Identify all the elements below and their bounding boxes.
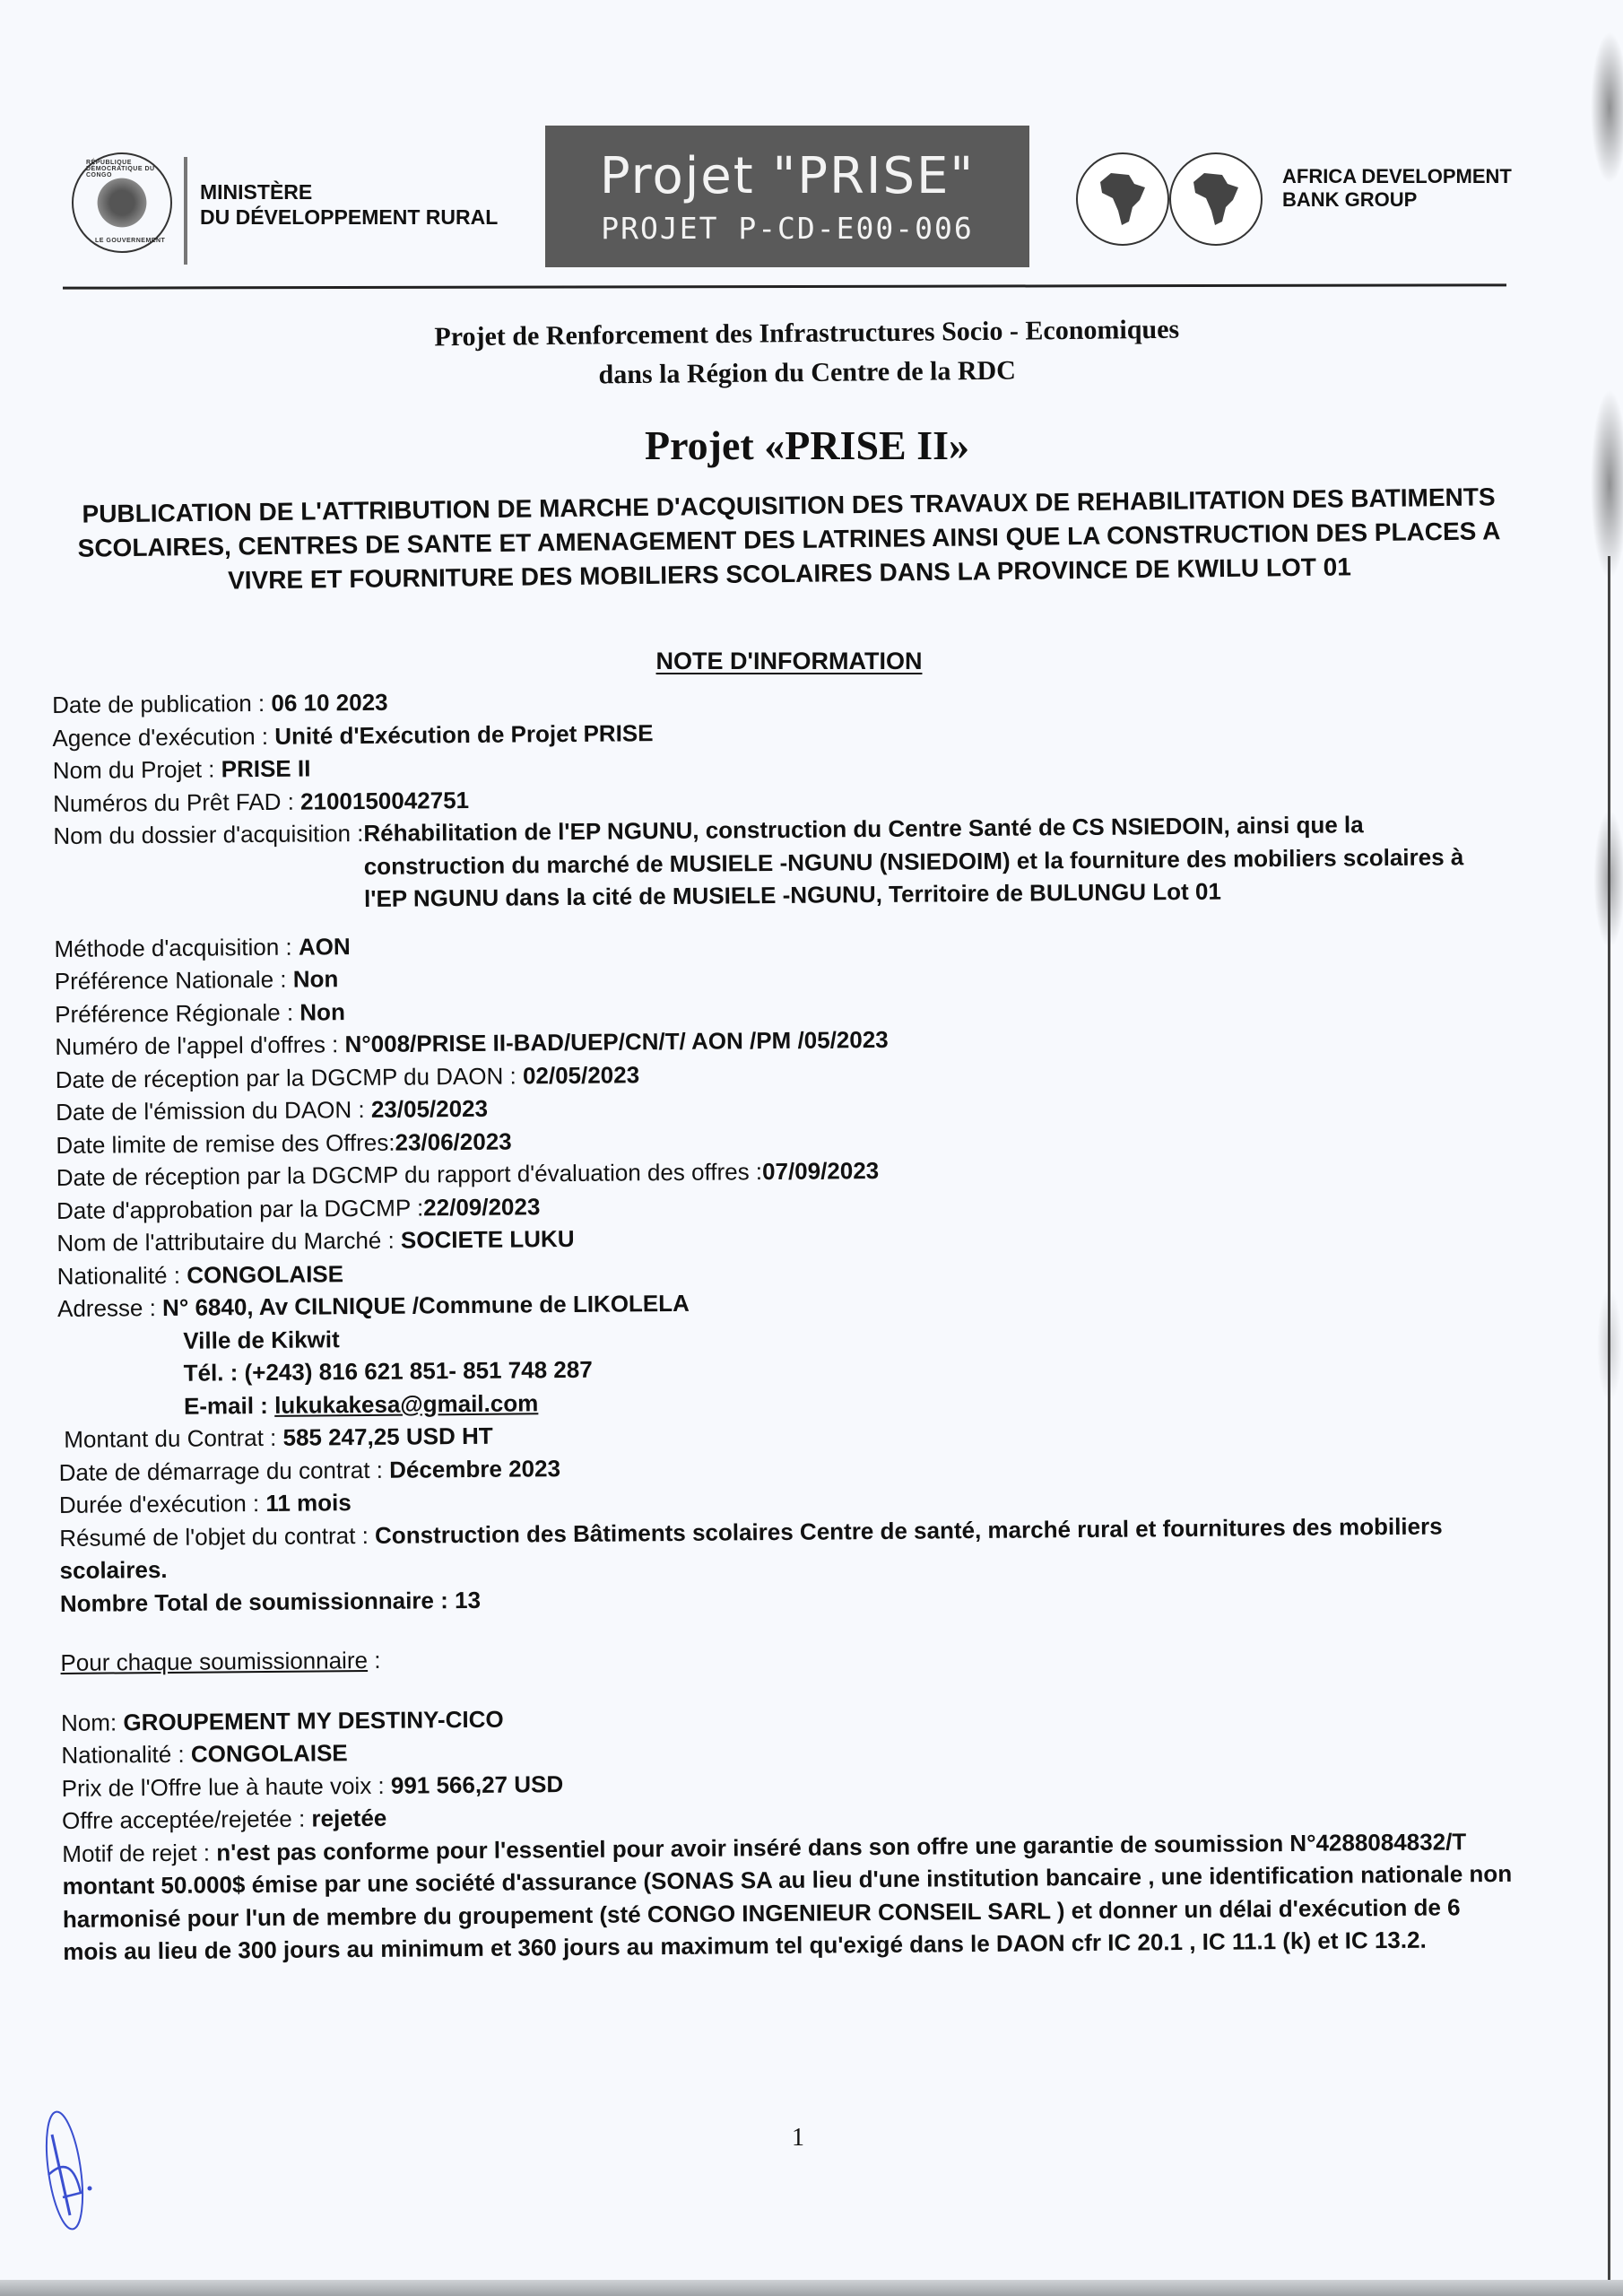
signature-icon bbox=[45, 2108, 143, 2251]
afdb-logo bbox=[1076, 152, 1246, 251]
africa-map-icon bbox=[1169, 152, 1263, 246]
publication-title: PUBLICATION DE L'ATTRIBUTION DE MARCHE D… bbox=[53, 480, 1524, 600]
prise-logo-title: Projet "PRISE" bbox=[600, 148, 975, 205]
ministry-line1: MINISTÈRE bbox=[200, 179, 498, 204]
prise-logo: Projet "PRISE" PROJET P-CD-E00-006 bbox=[545, 126, 1029, 267]
scan-edge-noise bbox=[1569, 0, 1623, 2296]
ministry-name: MINISTÈRE DU DÉVELOPPEMENT RURAL bbox=[200, 179, 498, 230]
page-number: 1 bbox=[792, 2124, 804, 2152]
header-divider bbox=[184, 157, 187, 265]
project-title: Projet «PRISE II» bbox=[448, 422, 1166, 469]
program-subtitle: Projet de Renforcement des Infrastructur… bbox=[269, 309, 1346, 399]
drc-seal-icon: RÉPUBLIQUE DÉMOCRATIQUE DU CONGO LE GOUV… bbox=[72, 152, 172, 253]
header-rule bbox=[63, 283, 1506, 289]
information-fields: Date de publication : 06 10 2023 Agence … bbox=[52, 676, 1533, 1969]
field-dossier: Nom du dossier d'acquisition : Réhabilit… bbox=[53, 807, 1524, 918]
afdb-line1: AFRICA DEVELOPMENT bbox=[1282, 165, 1512, 188]
letterhead: RÉPUBLIQUE DÉMOCRATIQUE DU CONGO LE GOUV… bbox=[63, 126, 1515, 278]
bidder-rejection-reason: Motif de rejet : n'est pas conforme pour… bbox=[62, 1824, 1515, 1968]
africa-map-icon bbox=[1076, 152, 1169, 246]
seal-top-text: RÉPUBLIQUE DÉMOCRATIQUE DU CONGO bbox=[86, 160, 170, 178]
note-heading: NOTE D'INFORMATION bbox=[538, 648, 1040, 675]
prise-logo-code: PROJET P-CD-E00-006 bbox=[601, 211, 974, 246]
afdb-name: AFRICA DEVELOPMENT BANK GROUP bbox=[1282, 165, 1512, 212]
document-page: RÉPUBLIQUE DÉMOCRATIQUE DU CONGO LE GOUV… bbox=[0, 0, 1623, 2296]
seal-bottom-text: LE GOUVERNEMENT bbox=[95, 238, 165, 244]
coat-of-arms-icon bbox=[93, 174, 151, 231]
page-bottom-edge bbox=[0, 2280, 1623, 2296]
field-resume: Résumé de l'objet du contrat : Construct… bbox=[59, 1509, 1459, 1587]
email-link[interactable]: lukukakesa@gmail.com bbox=[274, 1389, 538, 1419]
ministry-line2: DU DÉVELOPPEMENT RURAL bbox=[200, 204, 498, 230]
afdb-line2: BANK GROUP bbox=[1282, 188, 1512, 212]
bidder-entry: Nom: GROUPEMENT MY DESTINY-CICO National… bbox=[61, 1693, 1533, 1968]
